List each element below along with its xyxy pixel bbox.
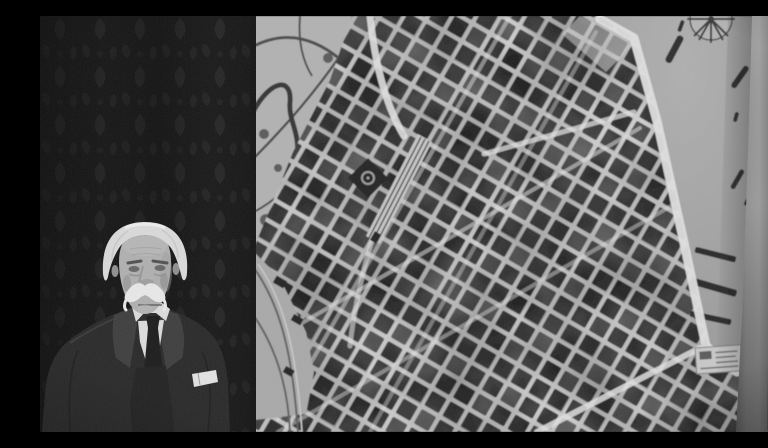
photograph: Elderly white-haired man with a walrus m… (40, 16, 768, 432)
film-grain (40, 16, 768, 432)
photo-canvas: Elderly white-haired man with a walrus m… (40, 16, 768, 432)
